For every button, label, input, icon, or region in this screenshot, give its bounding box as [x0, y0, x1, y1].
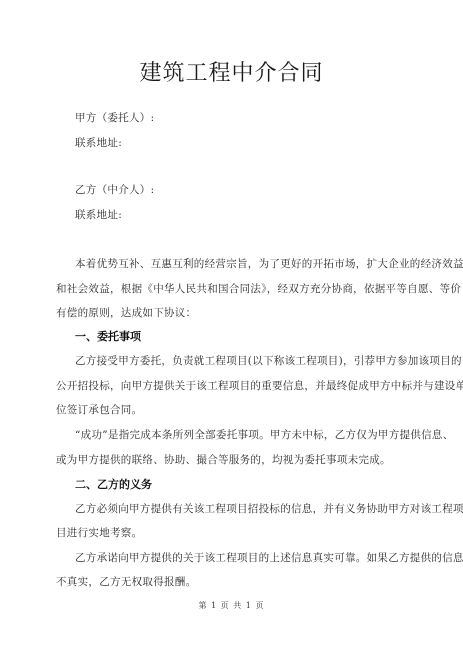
paragraph-line: 目进行实地考察。 [56, 525, 142, 540]
document-title: 建筑工程中介合同 [0, 56, 463, 87]
paragraph-line: 乙方承诺向甲方提供的关于该工程项目的上述信息真实可靠。如果乙方提供的信息 [75, 550, 463, 565]
party-a-address-label: 联系地址: [75, 135, 122, 150]
paragraph-line: 或为甲方提供的联络、协助、撮合等服务的，均视为委托事项未完成。 [56, 452, 391, 467]
party-a-label: 甲方（委托人）: [75, 110, 154, 125]
section-heading: 二、乙方的义务 [75, 476, 152, 492]
paragraph-line: 乙方接受甲方委托，负责就工程项目(以下称该工程项目)，引荐甲方参加该项目的 [75, 353, 462, 368]
document-page: 建筑工程中介合同 甲方（委托人）: 联系地址: 乙方（中介人）: 联系地址: 本… [0, 0, 463, 655]
paragraph-line: 公开招投标，向甲方提供关于该工程项目的重要信息，并最终促成甲方中标并与建设单 [56, 378, 463, 393]
paragraph-line: 乙方必须向甲方提供有关该工程项目招投标的信息，并有义务协助甲方对该工程项 [75, 501, 463, 516]
party-b-label: 乙方（中介人）: [75, 182, 154, 197]
party-b-address-label: 联系地址: [75, 207, 122, 222]
preamble-line: 本着优势互补、互惠互利的经营宗旨，为了更好的开拓市场，扩大企业的经济效益 [75, 256, 463, 271]
preamble-line: 有偿的原则，达成如下协议： [56, 305, 196, 320]
paragraph-line: 不真实，乙方无权取得报酬。 [56, 574, 196, 589]
paragraph-line: 位签订承包合同。 [56, 402, 142, 417]
page-number-footer: 第 1 页 共 1 页 [0, 600, 463, 611]
section-heading: 一、委托事项 [75, 328, 141, 344]
paragraph-line: “成功”是指完成本条所列全部委托事项。甲方未中标，乙方仅为甲方提供信息、 [75, 427, 454, 442]
preamble-line: 和社会效益，根据《中华人民共和国合同法》，经双方充分协商，依据平等自愿、等价 [56, 281, 461, 296]
